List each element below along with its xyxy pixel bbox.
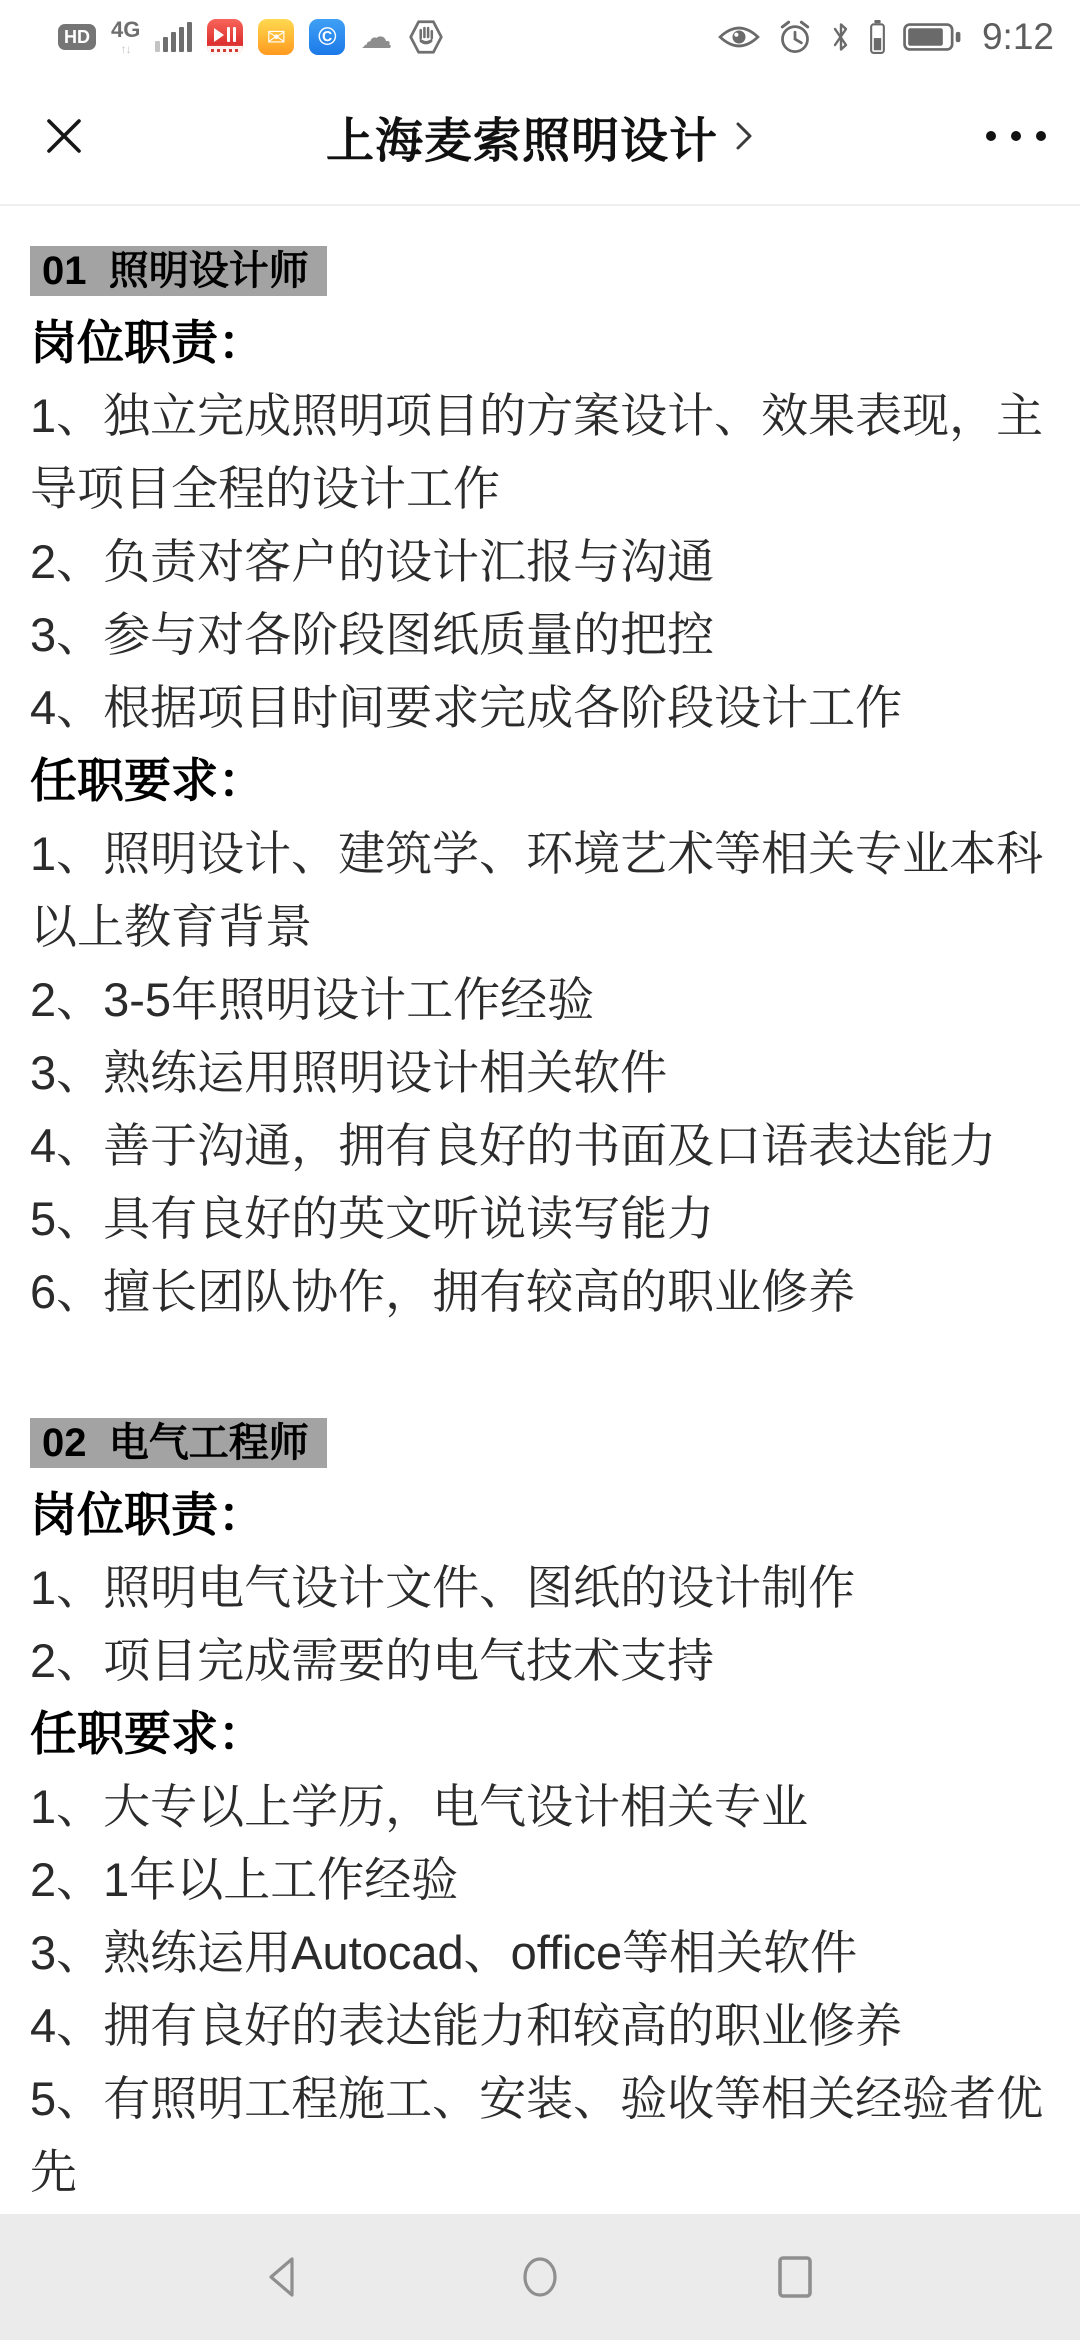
back-triangle-icon [261,2253,309,2301]
job-duty-item: 1、独立完成照明项目的方案设计、效果表现，主导项目全程的设计工作 [30,379,1052,525]
job-requirement-item: 2、3-5年照明设计工作经验 [30,963,1052,1036]
section-subhead: 任职要求： [30,744,1052,817]
article-body: 01 照明设计师 岗位职责： 1、独立完成照明项目的方案设计、效果表现，主导项目… [0,206,1080,2208]
section-subhead: 岗位职责： [30,1478,1052,1551]
eye-comfort-icon [718,23,760,51]
status-bar-left: HD 4G ↑↓ ✉ © ☁ [58,18,445,56]
play-pause-glyph [214,27,236,42]
job-requirement-item: 5、有照明工程施工、安装、验收等相关经验者优先 [30,2062,1052,2208]
network-type-indicator: 4G ↑↓ [111,19,140,55]
job-section-2: 02 电气工程师 岗位职责： 1、照明电气设计文件、图纸的设计制作 2、项目完成… [30,1418,1052,2208]
job-requirement-item: 3、熟练运用照明设计相关软件 [30,1036,1052,1109]
hand-blocked-icon [407,18,445,56]
hd-voice-icon: HD [58,24,96,50]
network-4g-label: 4G [111,19,140,41]
close-icon [41,113,87,159]
signal-bars-icon [155,22,192,52]
mail-app-notification-icon: ✉ [258,19,294,55]
job-requirement-item: 3、熟练运用Autocad、office等相关软件 [30,1916,1052,1989]
back-button[interactable] [250,2242,320,2312]
job-requirement-item: 4、拥有良好的表达能力和较高的职业修养 [30,1989,1052,2062]
recents-square-icon [771,2253,819,2301]
job-requirement-item: 6、擅长团队协作，拥有较高的职业修养 [30,1255,1052,1328]
home-button[interactable] [505,2242,575,2312]
job-duty-item: 4、根据项目时间要求完成各阶段设计工作 [30,671,1052,744]
job-section-1: 01 照明设计师 岗位职责： 1、独立完成照明项目的方案设计、效果表现，主导项目… [30,246,1052,1328]
video-app-caption-band [207,46,243,55]
job-duty-item: 3、参与对各阶段图纸质量的把控 [30,598,1052,671]
chevron-right-icon [734,119,754,153]
job-duty-item: 1、照明电气设计文件、图纸的设计制作 [30,1551,1052,1624]
status-bar-right: 9:12 [718,16,1054,58]
video-app-notification-icon [207,19,243,55]
page-title: 上海麦索照明设计 [326,102,718,171]
job-requirement-item: 4、善于沟通，拥有良好的书面及口语表达能力 [30,1109,1052,1182]
account-title-link[interactable]: 上海麦索照明设计 [0,102,1080,171]
job-requirement-item: 5、具有良好的英文听说读写能力 [30,1182,1052,1255]
job-duty-item: 2、项目完成需要的电气技术支持 [30,1624,1052,1697]
peripheral-battery-icon [869,19,886,55]
android-nav-bar [0,2214,1080,2340]
section-badge: 02 电气工程师 [30,1418,327,1468]
clock-time: 9:12 [982,16,1054,58]
section-subhead: 岗位职责： [30,306,1052,379]
cloud-sync-icon: ☁ [360,21,392,53]
phone-screen: HD 4G ↑↓ ✉ © ☁ [0,0,1080,2340]
c-app-notification-icon: © [309,19,345,55]
bluetooth-icon [830,19,852,55]
alarm-clock-icon [777,19,813,55]
more-menu-button[interactable] [986,106,1046,166]
job-duty-item: 2、负责对客户的设计汇报与沟通 [30,525,1052,598]
battery-icon [903,21,963,53]
section-badge: 01 照明设计师 [30,246,327,296]
job-requirement-item: 2、1年以上工作经验 [30,1843,1052,1916]
more-dots-icon [986,131,996,141]
recents-button[interactable] [760,2242,830,2312]
home-circle-icon [516,2253,564,2301]
close-button[interactable] [34,106,94,166]
job-requirement-item: 1、大专以上学历，电气设计相关专业 [30,1770,1052,1843]
nav-bar: 上海麦索照明设计 [0,68,1080,206]
job-requirement-item: 1、照明设计、建筑学、环境艺术等相关专业本科以上教育背景 [30,817,1052,963]
data-arrows-icon: ↑↓ [121,43,131,55]
status-bar: HD 4G ↑↓ ✉ © ☁ [0,0,1080,68]
section-subhead: 任职要求： [30,1697,1052,1770]
